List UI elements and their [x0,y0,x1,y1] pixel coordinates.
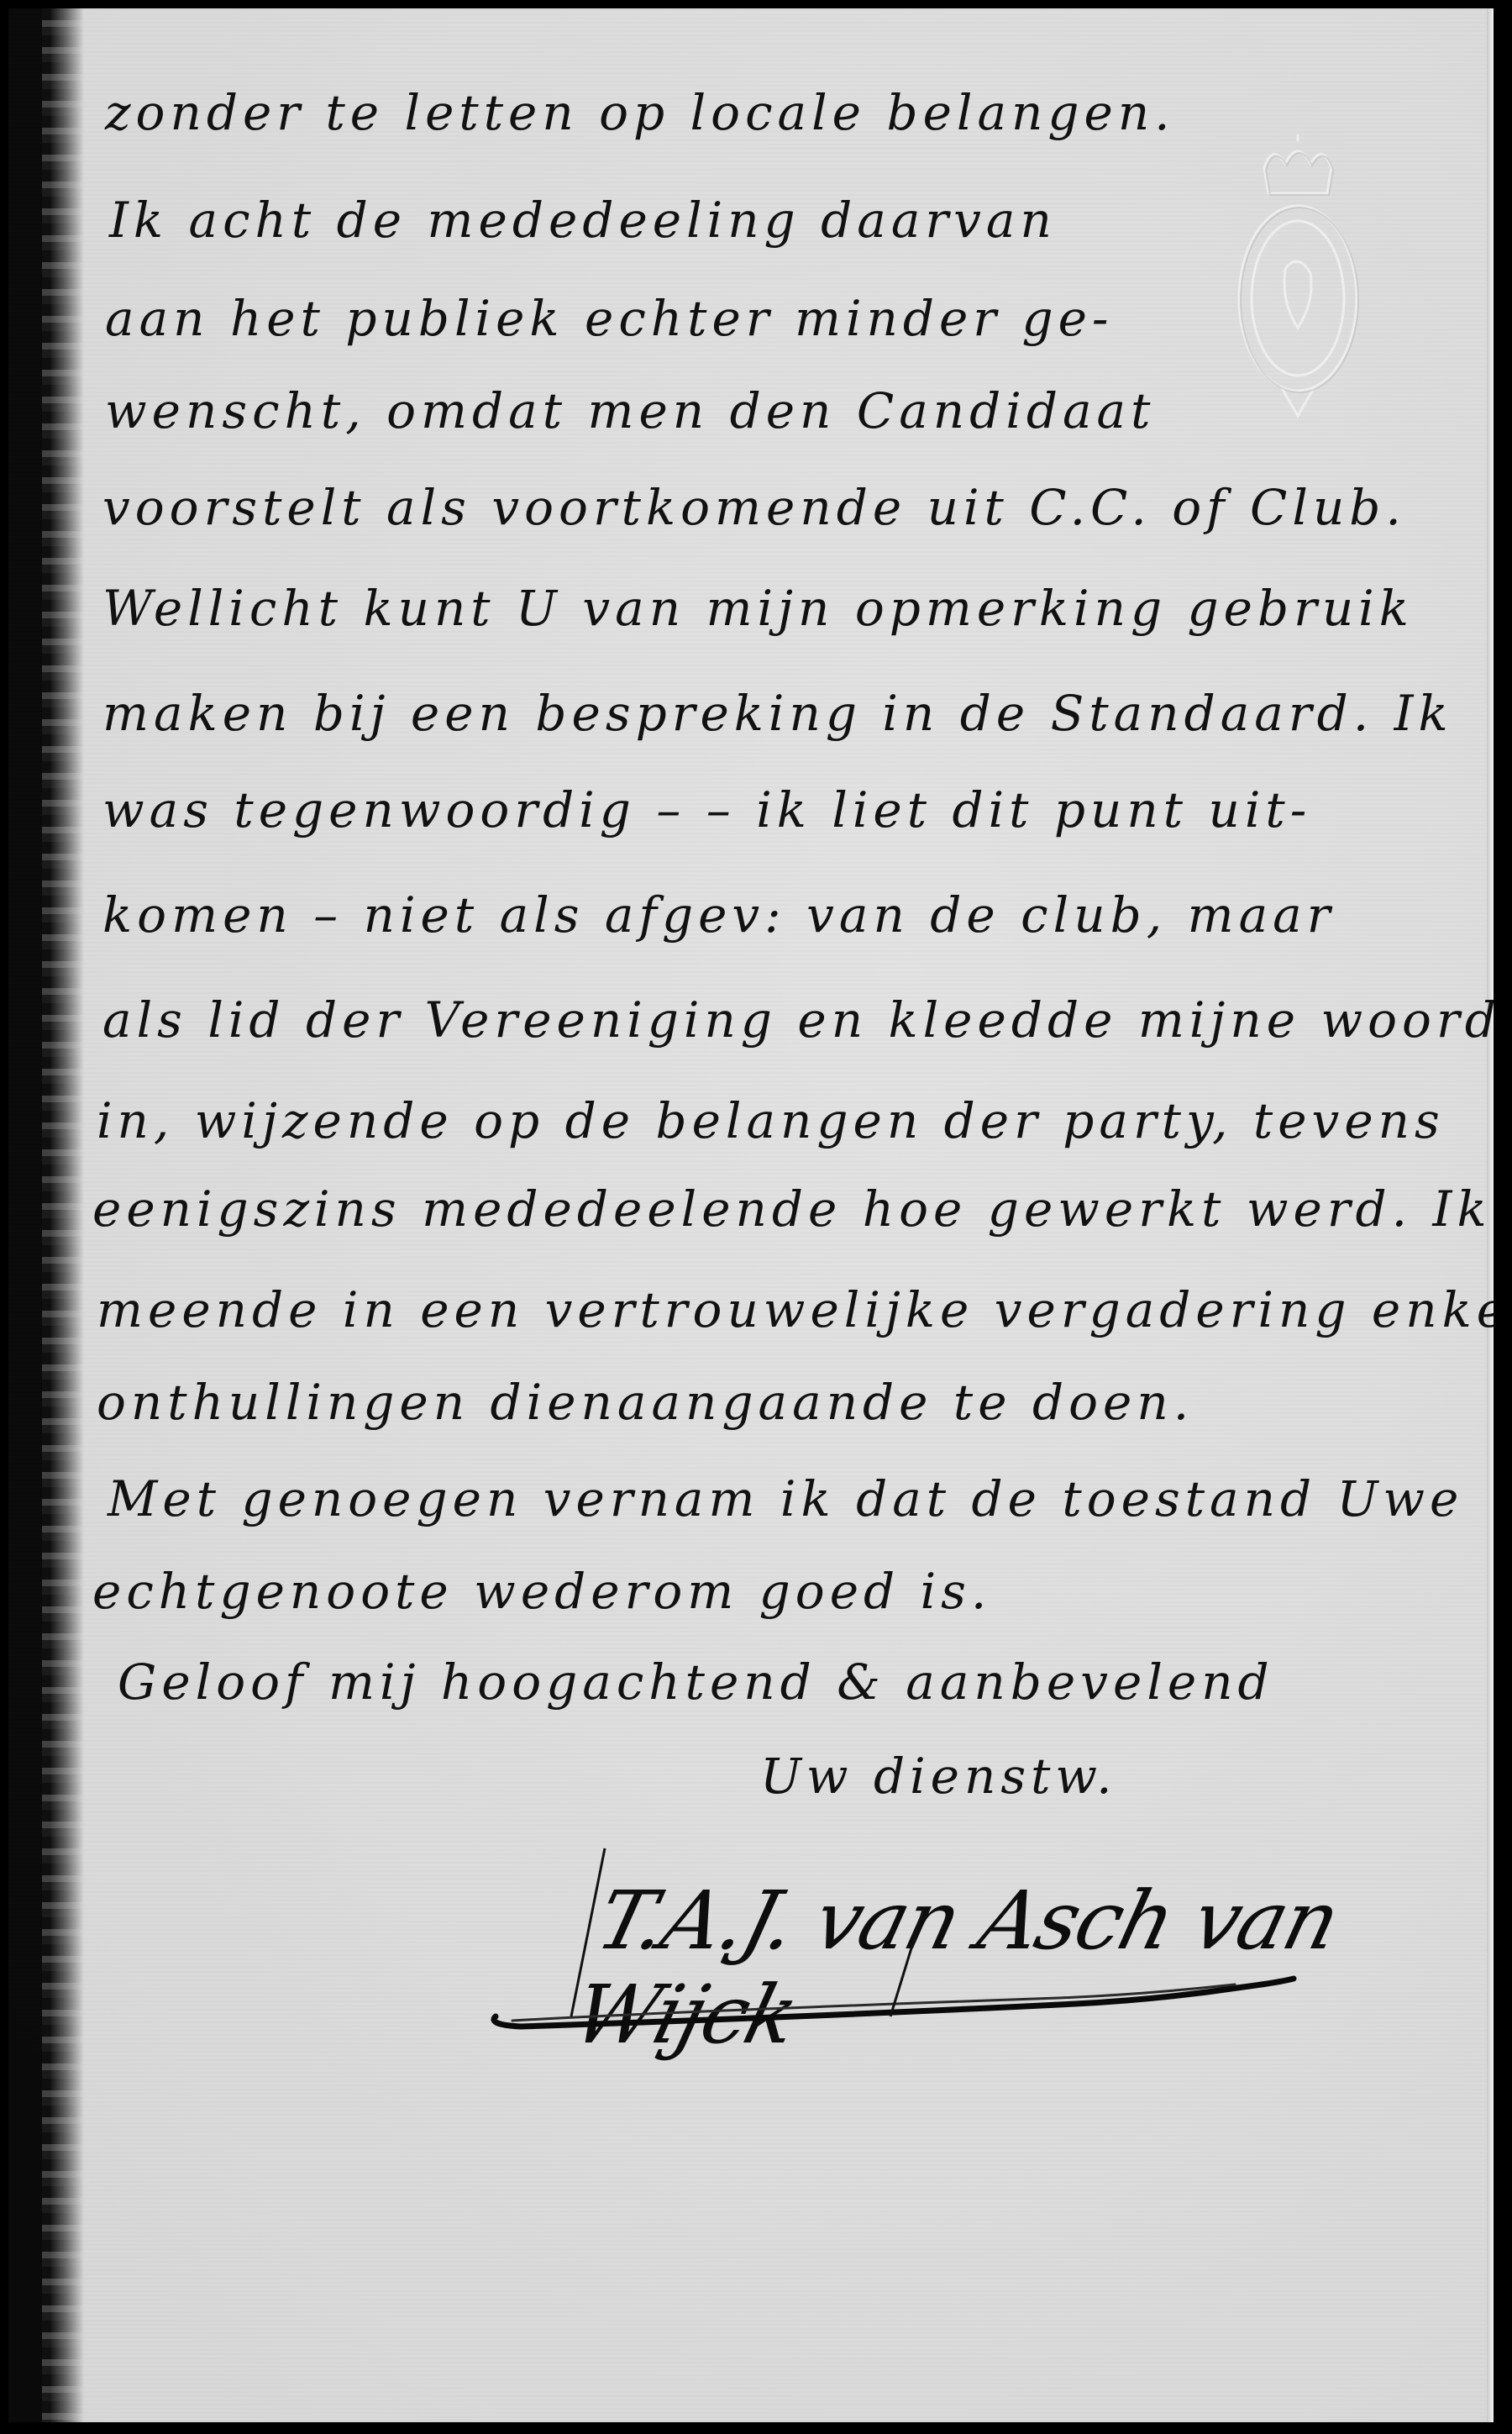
letter-line-7: maken bij een bespreking in de Standaard… [102,685,1453,742]
letter-line-5: voorstelt als voortkomende uit C.C. of C… [102,479,1406,536]
letter-line-2: Ik acht de mededeeling daarvan [109,192,1057,249]
letter-line-8: was tegenwoordig – – ik liet dit punt ui… [102,781,1311,838]
letter-line-1: zonder te letten op locale belangen. [105,84,1175,141]
letter-line-16: echtgenoote wederom goed is. [92,1563,991,1620]
letter-line-9: komen – niet als afgev: van de club, maa… [102,886,1335,944]
letter-line-11: in, wijzende op de belangen der party, t… [97,1092,1445,1149]
letter-line-17: Geloof mij hoogachtend & aanbevelend [118,1653,1274,1711]
letter-page: zonder te letten op locale belangen. Ik … [8,8,1494,2422]
letter-line-12: eenigszins mededeelende hoe gewerkt werd… [92,1180,1492,1238]
letter-line-6: Wellicht kunt U van mijn opmerking gebru… [102,580,1414,637]
binding-edge-shadow [8,8,84,2422]
letter-line-14: onthullingen dienaangaande te doen. [97,1374,1194,1431]
letter-line-13: meende in een vertrouwelijke vergadering… [97,1281,1494,1338]
signature-flourish-icon [487,1840,1369,2058]
letter-line-4: wenscht, omdat men den Candidaat [105,382,1155,439]
letter-line-10: als lid der Vereeniging en kleedde mijne… [102,991,1494,1049]
letter-line-3: aan het publiek echter minder ge- [105,290,1114,347]
embossed-crest-icon [1214,134,1382,420]
letter-line-15: Met genoegen vernam ik dat de toestand U… [108,1470,1463,1527]
closing-salutation: Uw dienstw. [760,1748,1117,1805]
signature: T.A.J. van Asch van Wijck [487,1840,1369,2058]
